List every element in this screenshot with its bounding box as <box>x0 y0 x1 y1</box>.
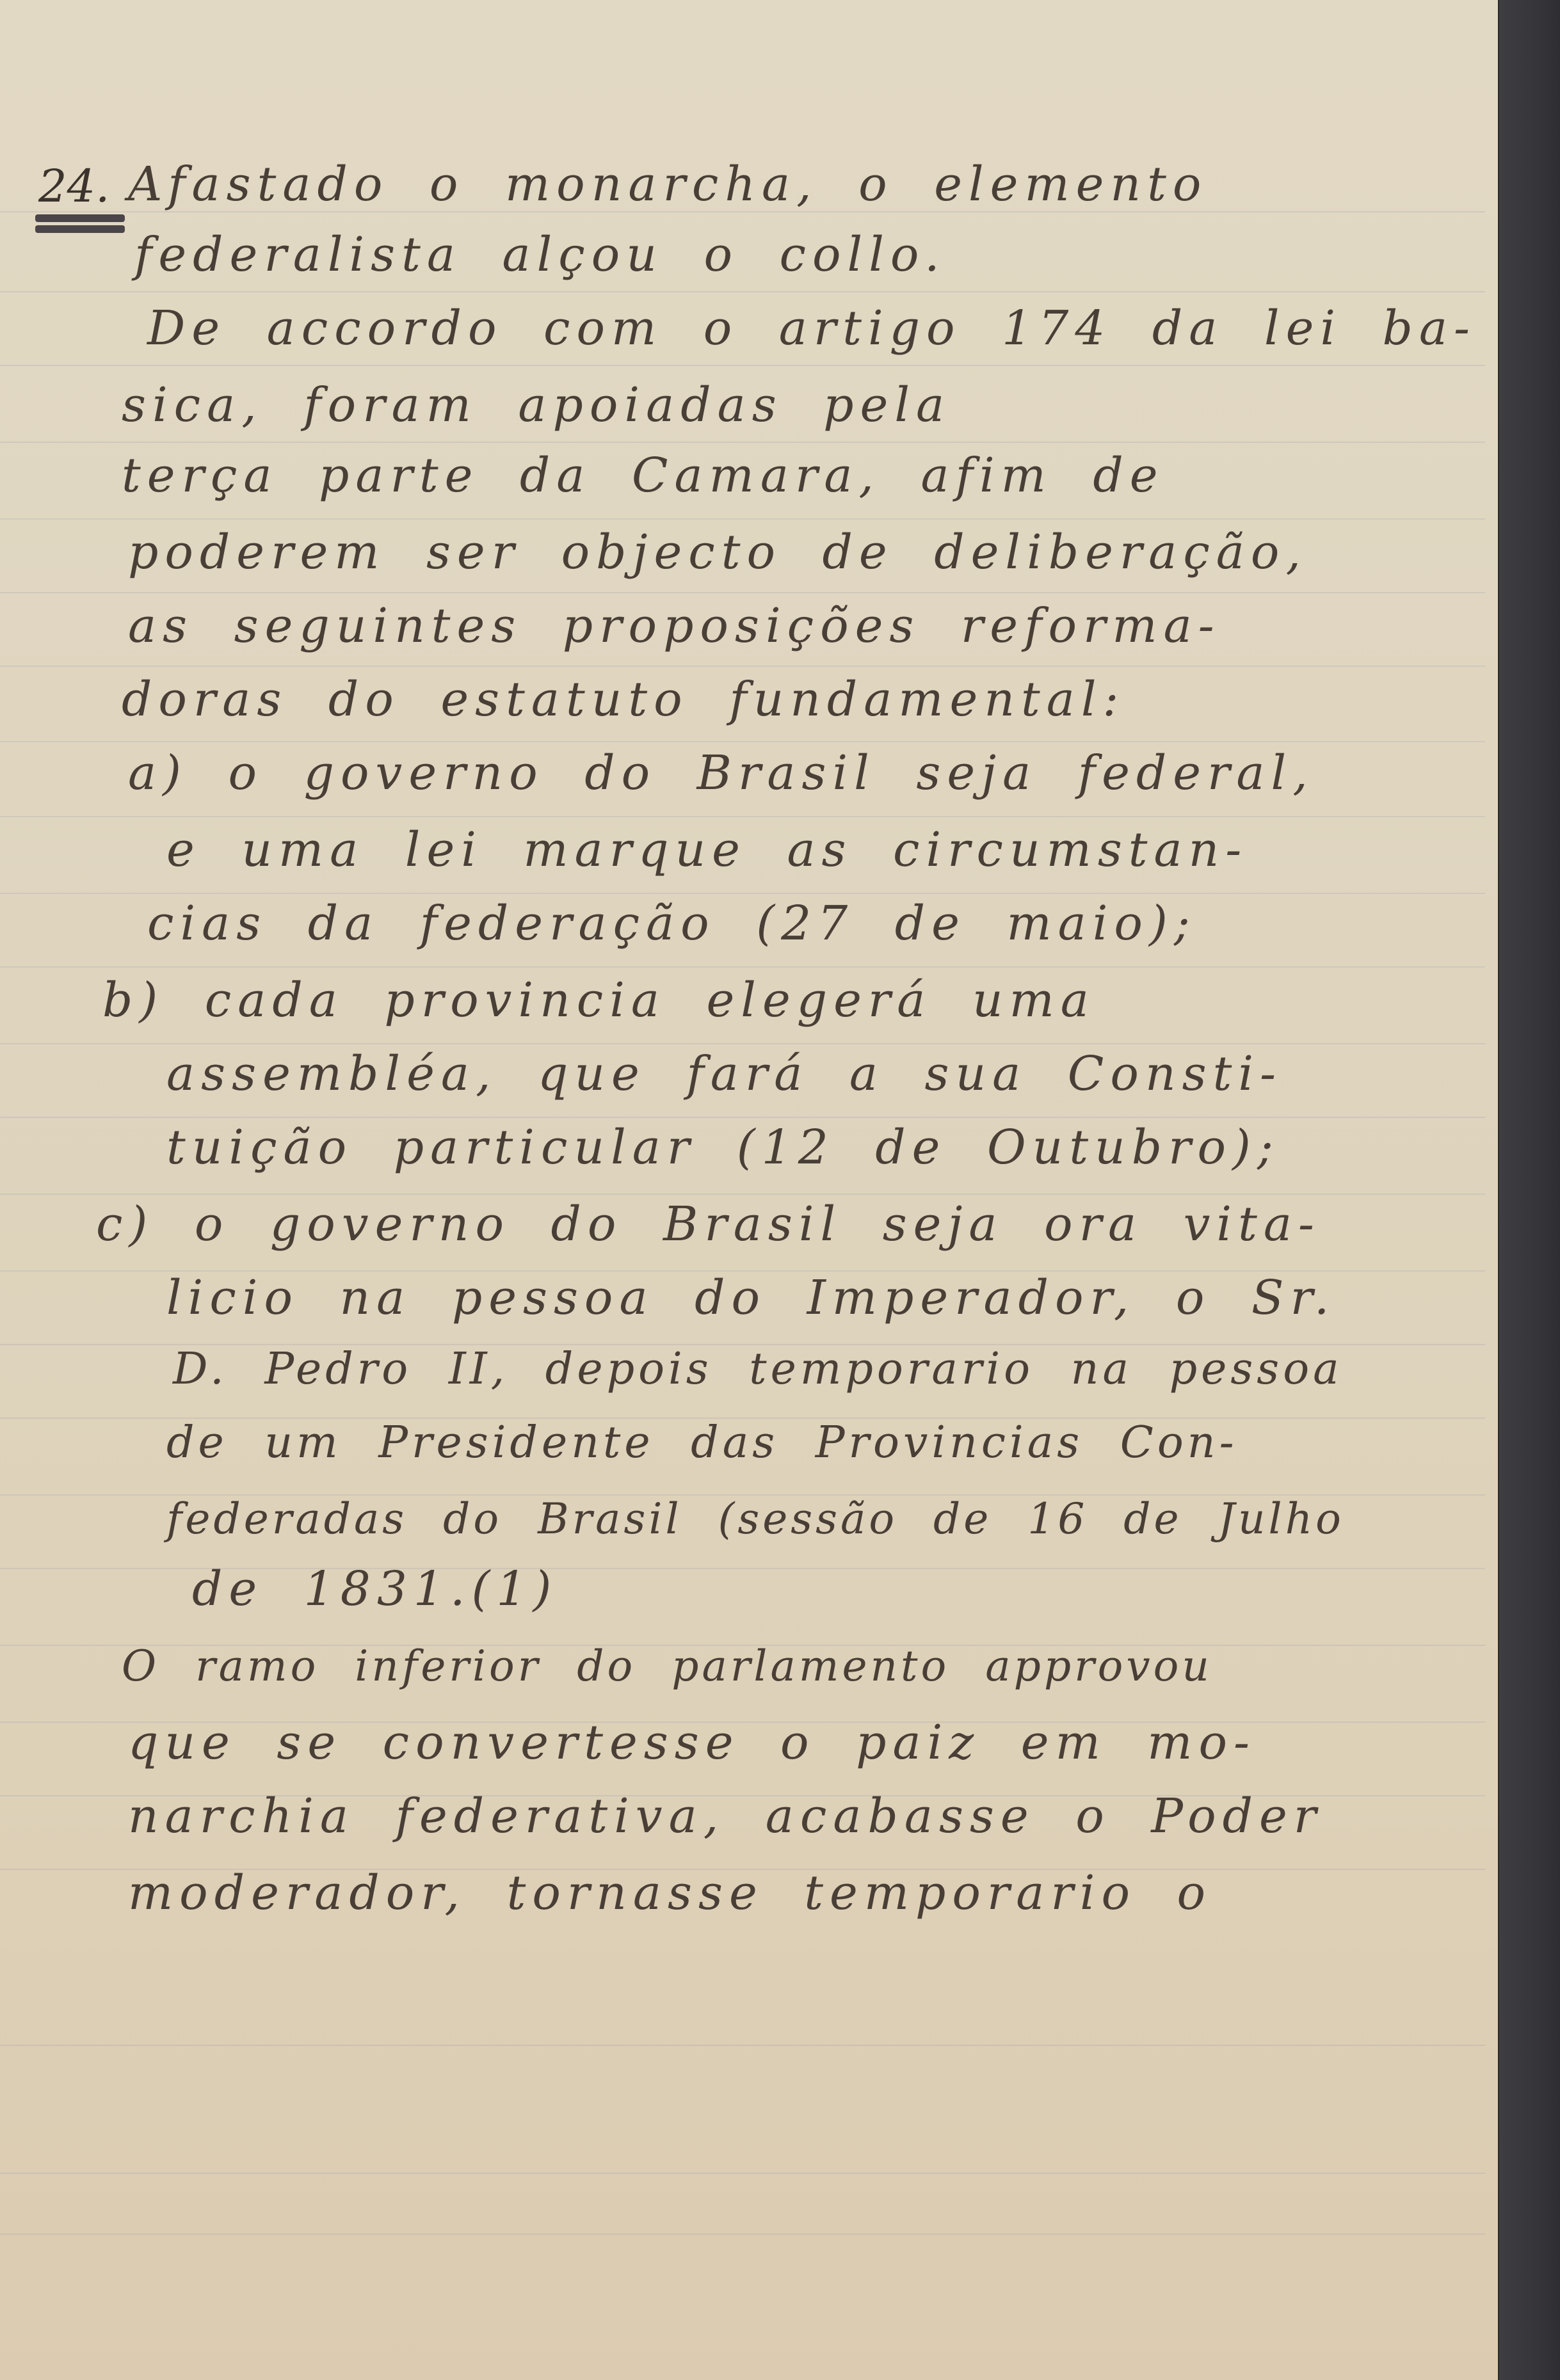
text-line: moderador, tornasse temporario o <box>128 1865 1212 1921</box>
ruled-line <box>0 518 1485 520</box>
ruled-line <box>0 666 1485 667</box>
text-line: assembléa, que fará a sua Consti- <box>166 1046 1282 1101</box>
text-line: de 1831.(1) <box>192 1561 558 1617</box>
list-item-a: a) o governo do Brasil seja federal, <box>128 746 1314 801</box>
section-number: 24. <box>38 160 109 212</box>
list-item-b: b) cada provincia elegerá uma <box>102 973 1095 1028</box>
text-line: as seguintes proposições reforma- <box>128 598 1221 653</box>
ruled-line <box>0 291 1485 292</box>
manuscript-page: 24. Afastado o monarcha, o elemento fede… <box>0 0 1498 2380</box>
text-line: que se convertesse o paiz em mo- <box>128 1715 1256 1770</box>
ruled-line <box>0 741 1485 742</box>
text-line: e uma lei marque as circumstan- <box>166 822 1248 877</box>
ruled-line <box>0 592 1485 593</box>
text-line: de um Presidente das Provincias Con- <box>166 1418 1238 1468</box>
ruled-line <box>0 816 1485 817</box>
ruled-line <box>0 2173 1485 2174</box>
text-line: Afastado o monarcha, o elemento <box>128 157 1207 212</box>
text-line: federadas do Brasil (sessão de 16 de Jul… <box>166 1494 1344 1544</box>
ruled-line <box>0 893 1485 894</box>
section-number-underline <box>35 225 125 233</box>
text-line: D. Pedro II, depois temporario na pessoa <box>173 1344 1343 1394</box>
text-line: O ramo inferior do parlamento approvou <box>122 1641 1212 1691</box>
text-line: federalista alçou o collo. <box>134 227 946 282</box>
text-line: doras do estatuto fundamental: <box>122 672 1125 727</box>
ruled-line <box>0 1043 1485 1044</box>
ruled-line <box>0 442 1485 443</box>
ruled-line <box>0 365 1485 366</box>
list-item-c: c) o governo do Brasil seja ora vita- <box>96 1197 1321 1252</box>
text-line: tuição particular (12 de Outubro); <box>166 1120 1280 1175</box>
text-line: cias da federação (27 de maio); <box>147 896 1196 951</box>
book-binding-edge <box>1498 0 1560 2380</box>
text-line: licio na pessoa do Imperador, o Sr. <box>166 1270 1335 1325</box>
text-line: De accordo com o artigo 174 da lei ba- <box>147 301 1476 356</box>
ruled-line <box>0 2045 1485 2046</box>
section-number-underline <box>35 214 125 222</box>
ruled-line <box>0 966 1485 968</box>
text-line: terça parte da Camara, afim de <box>122 448 1164 503</box>
ruled-line <box>0 1117 1485 1118</box>
text-line: narchia federativa, acabasse o Poder <box>128 1789 1323 1844</box>
text-line: poderem ser objecto de deliberação, <box>128 525 1307 580</box>
text-line: sica, foram apoiadas pela <box>122 378 951 433</box>
ruled-line <box>0 1194 1485 1195</box>
ruled-line <box>0 2233 1485 2235</box>
